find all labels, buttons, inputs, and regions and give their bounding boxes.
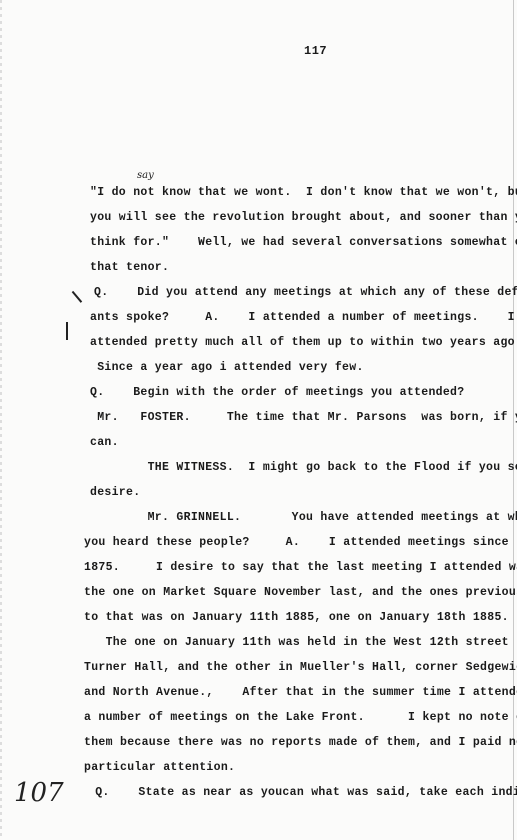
document-line: think for." Well, we had several convers… [90, 236, 517, 249]
scan-left-edge [0, 0, 2, 840]
document-line: particular attention. [84, 761, 235, 774]
document-line: the one on Market Square November last, … [84, 586, 517, 599]
document-line: Q. Did you attend any meetings at which … [94, 286, 517, 299]
document-line: them because there was no reports made o… [84, 736, 517, 749]
document-line: The one on January 11th was held in the … [84, 636, 509, 649]
margin-tick-mark [72, 291, 82, 303]
document-line: "I do not know that we wont. I don't kno… [90, 186, 517, 199]
document-line: ants spoke? A. I attended a number of me… [90, 311, 515, 324]
document-line: Q. State as near as youcan what was said… [88, 786, 517, 799]
document-line: and North Avenue., After that in the sum… [84, 686, 517, 699]
margin-vertical-mark [66, 322, 68, 340]
document-line: attended pretty much all of them up to w… [90, 336, 517, 349]
document-line: you will see the revolution brought abou… [90, 211, 517, 224]
page-number: 117 [304, 44, 327, 58]
document-line: Since a year ago i attended very few. [90, 361, 364, 374]
document-line: THE WITNESS. I might go back to the Floo… [90, 461, 517, 474]
document-line: to that was on January 11th 1885, one on… [84, 611, 509, 624]
document-line: a number of meetings on the Lake Front. … [84, 711, 517, 724]
margin-page-annotation: 107 [14, 778, 64, 808]
document-line: you heard these people? A. I attended me… [84, 536, 509, 549]
document-line: Mr. FOSTER. The time that Mr. Parsons wa… [90, 411, 517, 424]
document-page: 117 say "I do not know that we wont. I d… [0, 0, 517, 840]
document-line: desire. [90, 486, 140, 499]
document-line: 1875. I desire to say that the last meet… [84, 561, 517, 574]
document-line: Q. Begin with the order of meetings you … [90, 386, 464, 399]
document-line: that tenor. [90, 261, 169, 274]
handwritten-insert: say [137, 170, 154, 181]
document-line: can. [90, 436, 119, 449]
document-line: Turner Hall, and the other in Mueller's … [84, 661, 517, 674]
document-line: Mr. GRINNELL. You have attended meetings… [90, 511, 517, 524]
